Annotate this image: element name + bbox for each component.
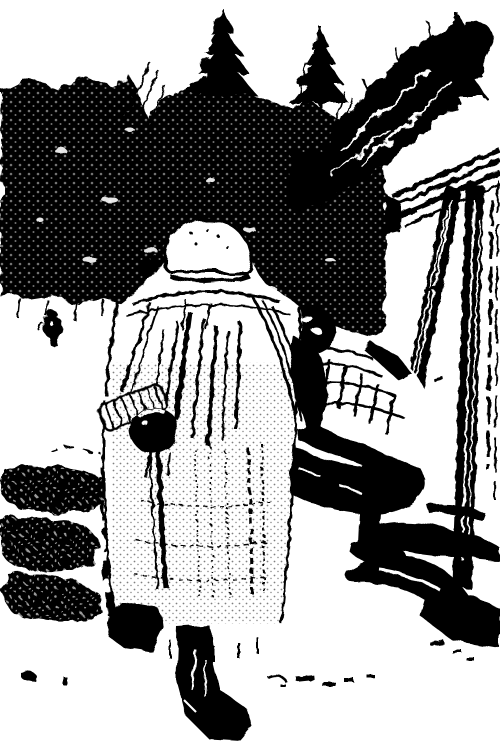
distant-figure bbox=[38, 310, 63, 347]
illustration-canvas: High-contrast black-and-white ink illust… bbox=[0, 0, 500, 745]
illustration-frame: High-contrast black-and-white ink illust… bbox=[0, 0, 500, 745]
edge-post-streaks bbox=[488, 180, 498, 500]
fir-tree-left bbox=[188, 8, 256, 100]
beam-end-block bbox=[384, 195, 402, 236]
fir-tree-middle bbox=[290, 26, 350, 108]
left-boot bbox=[106, 602, 164, 652]
coat-dither-texture bbox=[112, 362, 294, 624]
snow-hook-mark bbox=[268, 676, 286, 682]
vertical-post bbox=[452, 184, 484, 590]
rock-pile bbox=[0, 447, 112, 625]
